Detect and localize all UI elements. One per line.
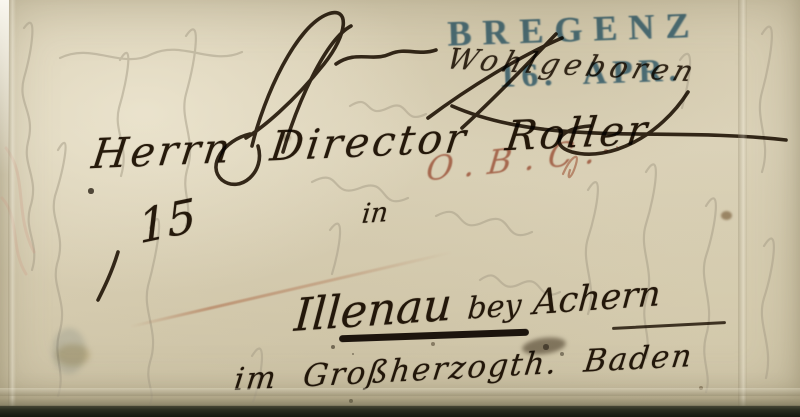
yellow-stain <box>56 344 90 366</box>
right-fold-crease <box>738 0 747 406</box>
bottom-edge-shadow <box>0 398 800 417</box>
destination-district: Achern <box>532 274 662 323</box>
small-brown-spot <box>282 134 291 141</box>
brown-spot-stain <box>721 211 732 220</box>
scanned-letter-cover: BREGENZ 16. APR. O.B.C. Wohlgeboren Herr… <box>0 0 800 417</box>
bottom-fold-crease <box>0 388 800 396</box>
scan-edge-highlight <box>0 0 9 175</box>
left-fold-crease <box>8 0 16 406</box>
destination-connector: bey <box>466 288 522 327</box>
handwritten-preposition: in <box>360 197 389 230</box>
